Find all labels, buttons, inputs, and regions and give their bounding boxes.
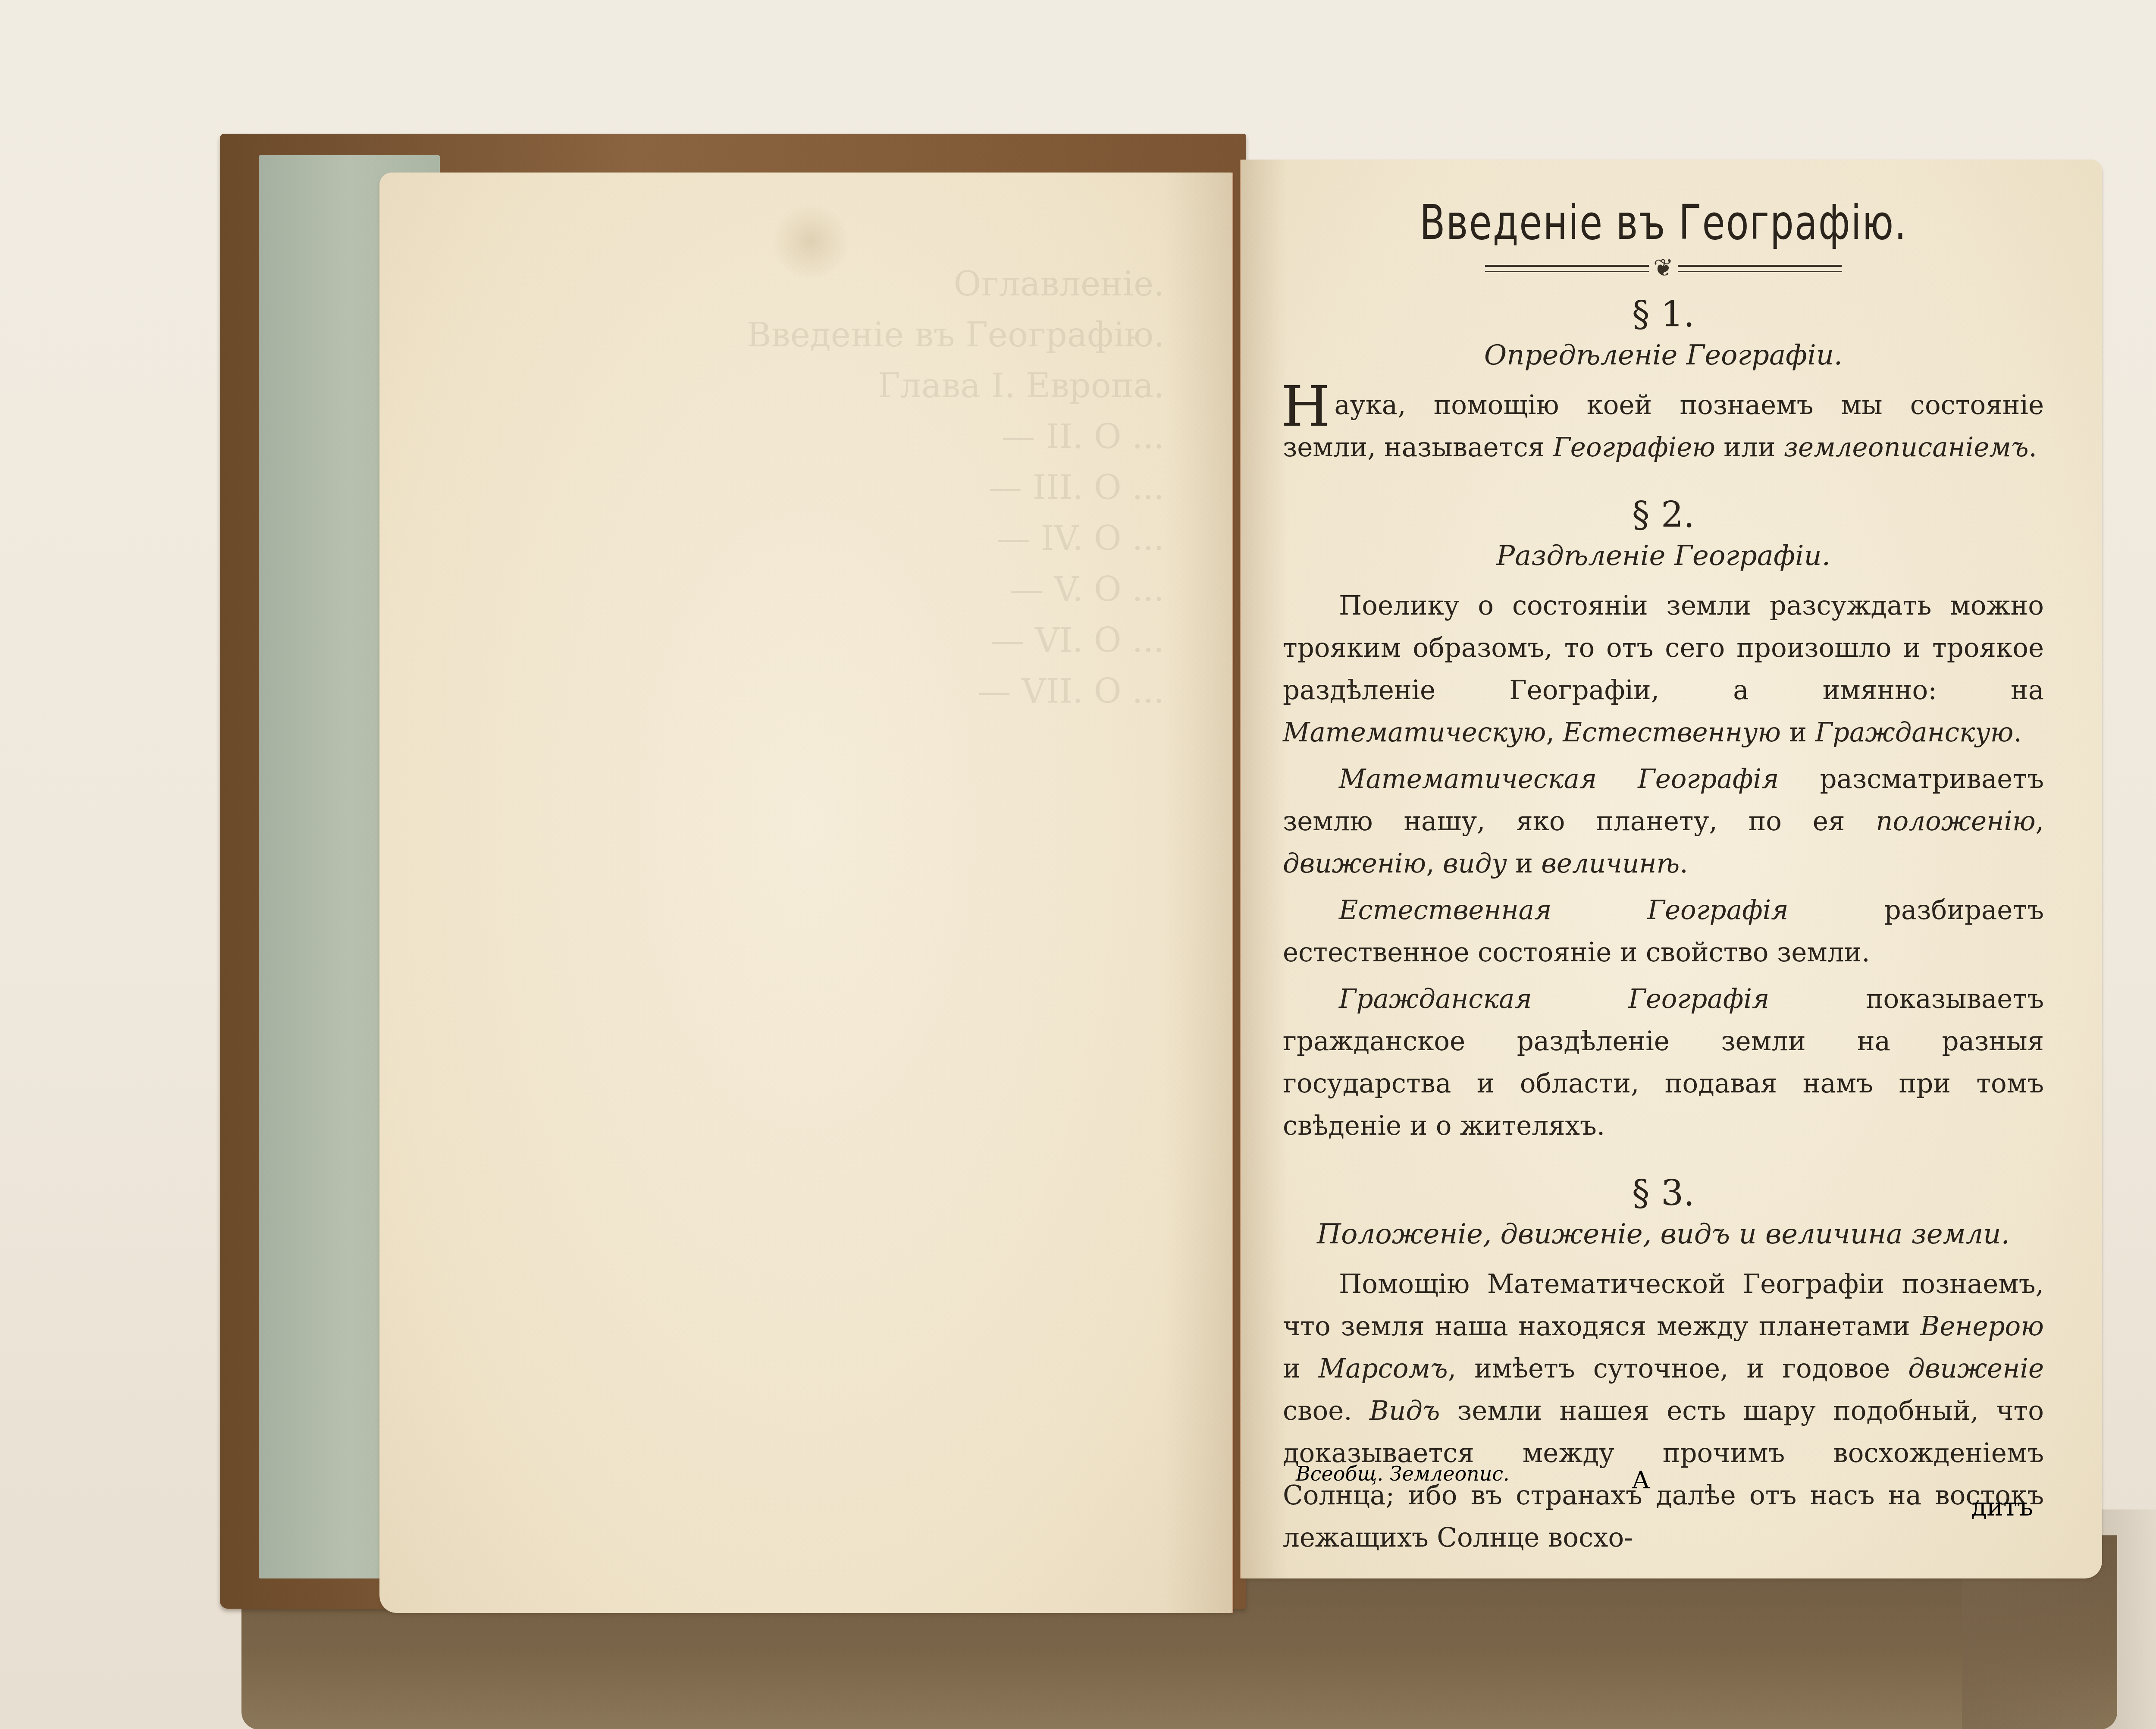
catchword: дитъ bbox=[1971, 1492, 2033, 1522]
page-title: Введеніе въ Географію. bbox=[1283, 195, 2044, 251]
text-run: , имѣетъ суточное, и годовое bbox=[1448, 1353, 1908, 1384]
italic-term: Марсомъ bbox=[1319, 1353, 1448, 1384]
section-heading: Опредѣленіе Географіи. bbox=[1283, 339, 2044, 371]
italic-term: положенію bbox=[1876, 806, 2035, 837]
text-run: и bbox=[1781, 717, 1815, 748]
italic-term: Математическую bbox=[1283, 717, 1546, 748]
section-heading: Раздѣленіе Географіи. bbox=[1283, 540, 2044, 572]
section-mark: § 1. bbox=[1283, 294, 2044, 335]
show-through-text: Оглавленіе. Введеніе въ Географію. Глава… bbox=[517, 259, 1164, 717]
paragraph: Наука, помощію коей познаемъ мы состояні… bbox=[1283, 384, 2044, 469]
signature-title: Всеобщ. Землеопис. bbox=[1296, 1462, 1510, 1485]
section-mark: § 3. bbox=[1283, 1173, 2044, 1214]
text-run: , bbox=[1426, 848, 1443, 879]
paragraph: Поелику о состояніи земли разсуждать мож… bbox=[1283, 585, 2044, 754]
italic-term: Географіею bbox=[1553, 432, 1715, 463]
sections: § 1.Опредѣленіе Географіи.Наука, помощію… bbox=[1283, 294, 2044, 1559]
page-text-block: Введеніе въ Географію. ❦ § 1.Опредѣленіе… bbox=[1283, 185, 2044, 1563]
italic-term: движеніе bbox=[1908, 1353, 2044, 1384]
ornament-line-right bbox=[1678, 265, 1842, 272]
italic-term: Математическая Географія bbox=[1339, 764, 1779, 794]
italic-term: Видъ bbox=[1369, 1396, 1440, 1426]
text-run: свое. bbox=[1283, 1396, 1369, 1426]
italic-term: Естественная Географія bbox=[1339, 895, 1789, 926]
text-run: , bbox=[1546, 717, 1563, 748]
section-mark: § 2. bbox=[1283, 495, 2044, 536]
italic-term: Гражданскую bbox=[1815, 717, 2014, 748]
right-page: Введеніе въ Географію. ❦ § 1.Опредѣленіе… bbox=[1240, 160, 2102, 1578]
italic-term: Естественную bbox=[1563, 717, 1781, 748]
paragraph: Естественная Географія разбираетъ естест… bbox=[1283, 889, 2044, 974]
signature-mark: A bbox=[1632, 1466, 1649, 1494]
text-run: , bbox=[2036, 806, 2044, 837]
italic-term: движенію bbox=[1283, 848, 1426, 879]
ornament-rule: ❦ bbox=[1283, 260, 2044, 277]
text-run: Поелику о состояніи земли разсуждать мож… bbox=[1283, 590, 2044, 706]
italic-term: Гражданская Географія bbox=[1339, 984, 1769, 1014]
italic-term: Венерою bbox=[1920, 1311, 2044, 1342]
ornament-line-left bbox=[1485, 265, 1649, 272]
paragraph: Математическая Географія разсматриваетъ … bbox=[1283, 758, 2044, 885]
drop-cap: Н bbox=[1281, 387, 1330, 426]
right-gutter-shadow bbox=[1240, 160, 1287, 1578]
left-gutter-shadow bbox=[1164, 173, 1233, 1613]
text-run: или bbox=[1715, 432, 1784, 463]
page-footer: Всеобщ. Землеопис. A дитъ bbox=[1296, 1462, 2050, 1531]
italic-term: землеописаніемъ bbox=[1784, 432, 2029, 463]
text-run: . bbox=[2029, 432, 2037, 463]
text-run: . bbox=[1680, 848, 1688, 879]
italic-term: виду bbox=[1443, 848, 1507, 879]
text-run: . bbox=[2014, 717, 2022, 748]
ornament-knot-icon: ❦ bbox=[1653, 260, 1673, 277]
text-run: и bbox=[1507, 848, 1541, 879]
text-run: и bbox=[1283, 1353, 1319, 1384]
paragraph: Гражданская Географія показываетъ гражда… bbox=[1283, 978, 2044, 1147]
italic-term: величинѣ bbox=[1541, 848, 1680, 879]
section-heading: Положеніе, движеніе, видъ и величина зем… bbox=[1283, 1218, 2044, 1250]
